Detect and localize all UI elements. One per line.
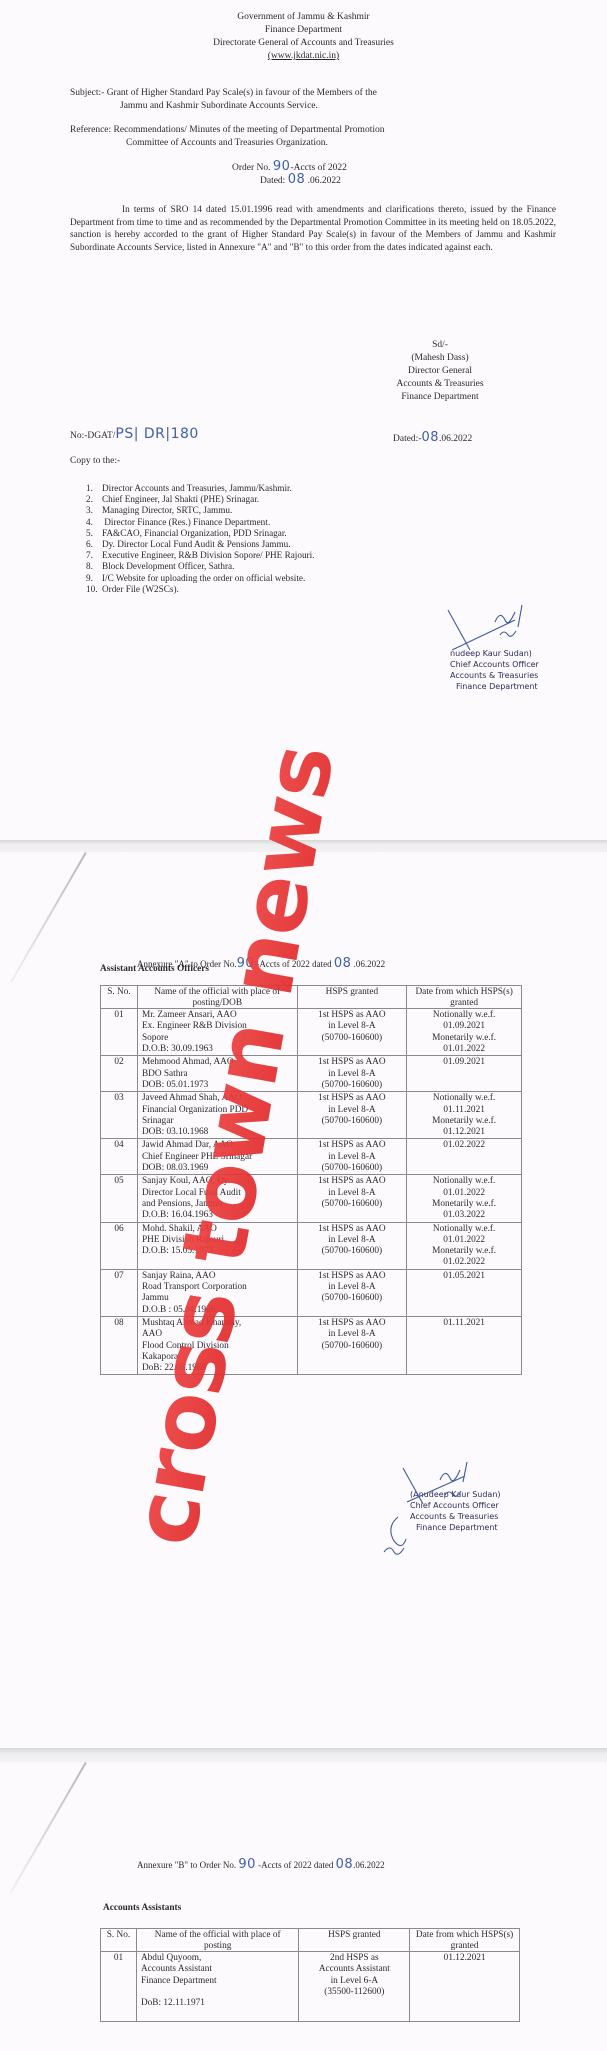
- cell-sno: 05: [101, 1175, 138, 1222]
- order-date-handwritten: 08: [288, 172, 306, 187]
- cell-sno: 04: [101, 1139, 138, 1175]
- reference-date-handwritten: 08: [422, 430, 440, 445]
- cell-sno: 07: [101, 1269, 138, 1316]
- subject-label: Subject:-: [70, 88, 104, 98]
- annexure-a-initials-scribble: [378, 1512, 418, 1562]
- cell-sno: 03: [101, 1092, 138, 1139]
- copy-to-item: 1.Director Accounts and Treasuries, Jamm…: [86, 483, 314, 494]
- page-separator: [0, 1748, 607, 1762]
- cell-hsps: 1st HSPS as AAOin Level 8-A(50700-160600…: [297, 1139, 407, 1175]
- cell-name: Sanjay Koul, AAO, Dy.Director Local Fund…: [137, 1175, 297, 1222]
- signatory-block: Sd/- (Mahesh Dass) Director General Acco…: [375, 339, 505, 404]
- signatory-designation: Director General: [375, 365, 505, 378]
- cell-sno: 02: [101, 1056, 138, 1092]
- column-header: Name of the official with place of posti…: [136, 1929, 299, 1952]
- cell-name: Mehmood Ahmad, AAOBDO SathraDOB: 05.01.1…: [137, 1056, 297, 1092]
- table-row: 07Sanjay Raina, AAORoad Transport Corpor…: [101, 1269, 522, 1316]
- cell-hsps: 1st HSPS as AAOin Level 8-A(50700-160600…: [297, 1222, 407, 1269]
- column-header: Name of the official with place of posti…: [137, 986, 297, 1009]
- cell-name: Abdul Quyoom,Accounts AssistantFinance D…: [136, 1952, 299, 2022]
- page-fold-shadow: [10, 852, 87, 983]
- cell-hsps: 1st HSPS as AAOin Level 8-A(50700-160600…: [297, 1009, 407, 1056]
- reference-text-2: Committee of Accounts and Treasuries Org…: [126, 137, 328, 150]
- annexure-a-signature-scribble: [395, 1460, 485, 1510]
- reference-number: No:-DGAT/PS| DR|180: [70, 428, 199, 443]
- annexure-b-title: Annexure "B" to Order No. 90 -Accts of 2…: [137, 1858, 385, 1872]
- annexure-a-section-title: Assistant Accounts Officers: [100, 964, 209, 974]
- cell-date: Notionally w.e.f.01.11.2021Monetarily w.…: [407, 1092, 522, 1139]
- cell-name: Javeed Ahmad Shah, AAOFinancial Organiza…: [137, 1092, 297, 1139]
- column-header: Date from which HSPS(s) granted: [410, 1929, 520, 1952]
- table-row: 02Mehmood Ahmad, AAOBDO SathraDOB: 05.01…: [101, 1056, 522, 1092]
- table-row: 04Jawid Ahmad Dar, AAOChief Engineer PHE…: [101, 1139, 522, 1175]
- signatory-sd: Sd/-: [375, 339, 505, 352]
- cell-date: 01.05.2021: [407, 1269, 522, 1316]
- reference-number-handwritten: PS| DR|180: [115, 426, 198, 442]
- subject: Subject:- Grant of Higher Standard Pay S…: [70, 87, 377, 100]
- reference-label: Reference:: [70, 125, 111, 135]
- signatory-name: (Mahesh Dass): [375, 352, 505, 365]
- cell-name: Sanjay Raina, AAORoad Transport Corporat…: [137, 1269, 297, 1316]
- annexure-b-table: S. No.Name of the official with place of…: [100, 1928, 520, 2022]
- column-header: S. No.: [101, 986, 138, 1009]
- table-row: 08Mushtaq Ahmad Khanday,AAOFlood Control…: [101, 1316, 522, 1374]
- reference-date: Dated:-08.06.2022: [393, 431, 472, 446]
- cell-sno: 01: [101, 1952, 137, 2022]
- table-row: 06Mohd. Shakil, AAOPHE Division RajouriD…: [101, 1222, 522, 1269]
- column-header: HSPS granted: [297, 986, 407, 1009]
- table-row: 03Javeed Ahmad Shah, AAOFinancial Organi…: [101, 1092, 522, 1139]
- cell-hsps: 1st HSPS as AAOin Level 8-A(50700-160600…: [297, 1316, 407, 1374]
- header-directorate: Directorate General of Accounts and Trea…: [0, 37, 607, 50]
- column-header: HSPS granted: [299, 1929, 410, 1952]
- copy-to-item: 3.Managing Director, SRTC, Jammu.: [86, 505, 314, 516]
- copy-to-item: 7.Executive Engineer, R&B Division Sopor…: [86, 550, 314, 561]
- cell-hsps: 1st HSPS as AAOin Level 8-A(50700-160600…: [297, 1269, 407, 1316]
- signature-scribble: [440, 600, 530, 660]
- cell-hsps: 2nd HSPS asAccounts Assistantin Level 6-…: [299, 1952, 410, 2022]
- page-separator: [0, 840, 607, 852]
- page-fold-shadow: [10, 1762, 87, 1893]
- cell-name: Mushtaq Ahmad Khanday,AAOFlood Control D…: [137, 1316, 297, 1374]
- subject-text-2: Jammu and Kashmir Subordinate Accounts S…: [120, 100, 318, 113]
- table-row: 05Sanjay Koul, AAO, Dy.Director Local Fu…: [101, 1175, 522, 1222]
- cell-date: Notionally w.e.f.01.09.2021Monetarily w.…: [407, 1009, 522, 1056]
- copy-to-item: 10.Order File (W2SCs).: [86, 584, 314, 595]
- copy-to-label: Copy to the:-: [70, 455, 120, 468]
- copy-to-item: 9.I/C Website for uploading the order on…: [86, 573, 314, 584]
- subject-text-1: Grant of Higher Standard Pay Scale(s) in…: [107, 88, 377, 98]
- signatory-dept: Finance Department: [375, 391, 505, 404]
- cell-sno: 06: [101, 1222, 138, 1269]
- reference: Reference: Recommendations/ Minutes of t…: [70, 124, 384, 137]
- cell-name: Mr. Zameer Ansari, AAOEx. Engineer R&B D…: [137, 1009, 297, 1056]
- order-body: In terms of SRO 14 dated 15.01.1996 read…: [70, 204, 556, 254]
- cell-date: 01.02.2022: [407, 1139, 522, 1175]
- copy-to-item: 4. Director Finance (Res.) Finance Depar…: [86, 517, 314, 528]
- copy-to-item: 5.FA&CAO, Financial Organization, PDD Sr…: [86, 528, 314, 539]
- copy-to-item: 6.Dy. Director Local Fund Audit & Pensio…: [86, 539, 314, 550]
- annexure-b-page: Annexure "B" to Order No. 90 -Accts of 2…: [0, 1762, 607, 2051]
- table-row: 01Mr. Zameer Ansari, AAOEx. Engineer R&B…: [101, 1009, 522, 1056]
- annexure-b-section-title: Accounts Assistants: [103, 1903, 181, 1913]
- column-header: S. No.: [101, 1929, 137, 1952]
- copy-to-list: 1.Director Accounts and Treasuries, Jamm…: [86, 483, 314, 595]
- cell-hsps: 1st HSPS as AAOin Level 8-A(50700-160600…: [297, 1056, 407, 1092]
- annexure-a-table: S. No.Name of the official with place of…: [100, 985, 522, 1375]
- cell-hsps: 1st HSPS as AAOin Level 8-A(50700-160600…: [297, 1092, 407, 1139]
- cell-date: 01.11.2021: [407, 1316, 522, 1374]
- cell-hsps: 1st HSPS as AAOin Level 8-A(50700-160600…: [297, 1175, 407, 1222]
- column-header: Date from which HSPS(s) granted: [407, 986, 522, 1009]
- annexure-a-page: Annexure "A" to Order No.90 -Accts of 20…: [0, 852, 607, 1748]
- copy-to-item: 8.Block Development Officer, Sathra.: [86, 561, 314, 572]
- copy-to-item: 2.Chief Engineer, Jal Shakti (PHE) Srina…: [86, 494, 314, 505]
- signatory-office: Accounts & Treasuries: [375, 378, 505, 391]
- cell-date: Notionally w.e.f.01.01.2022Monetarily w.…: [407, 1175, 522, 1222]
- cell-sno: 01: [101, 1009, 138, 1056]
- cell-name: Mohd. Shakil, AAOPHE Division RajouriD.O…: [137, 1222, 297, 1269]
- reference-text-1: Recommendations/ Minutes of the meeting …: [114, 125, 385, 135]
- header-department: Finance Department: [0, 24, 607, 37]
- order-page: Government of Jammu & Kashmir Finance De…: [0, 0, 607, 840]
- cell-sno: 08: [101, 1316, 138, 1374]
- header-website-link[interactable]: (www.jkdat.nic.in): [268, 51, 339, 61]
- cell-date: 01.09.2021: [407, 1056, 522, 1092]
- cell-date: 01.12.2021: [410, 1952, 520, 2022]
- cell-date: Notionally w.e.f.01.01.2022Monetarily w.…: [407, 1222, 522, 1269]
- table-row: 01Abdul Quyoom,Accounts AssistantFinance…: [101, 1952, 520, 2022]
- order-date: Dated: 08 .06.2022: [260, 173, 341, 188]
- cell-name: Jawid Ahmad Dar, AAOChief Engineer PHE S…: [137, 1139, 297, 1175]
- header-government: Government of Jammu & Kashmir: [0, 11, 607, 24]
